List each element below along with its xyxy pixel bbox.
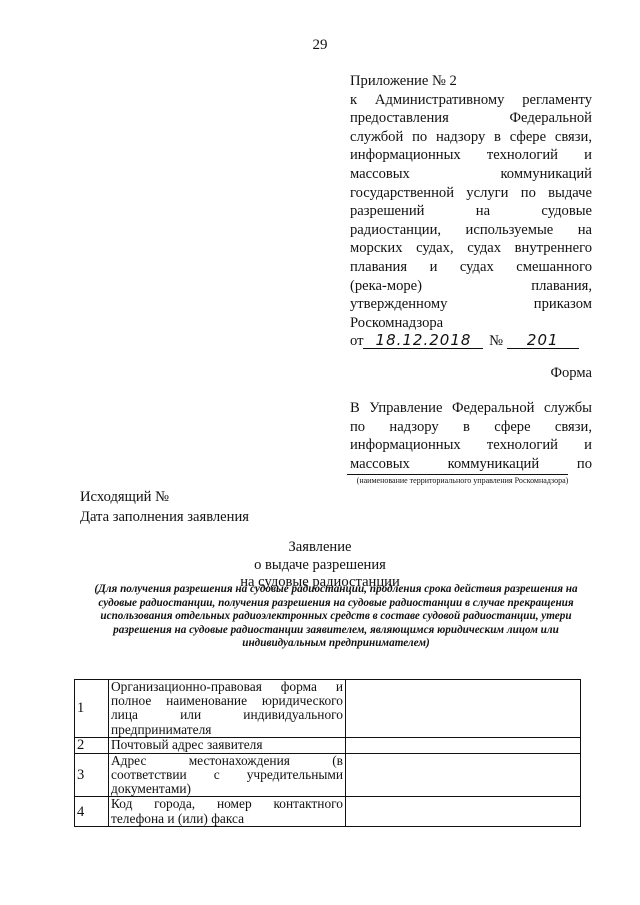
order-number: 201 xyxy=(507,332,579,349)
appendix-line: к Административному регламенту xyxy=(350,91,592,110)
addressee-line: по надзору в сфере связи, xyxy=(350,418,592,437)
appendix-line: массовых коммуникаций xyxy=(350,165,592,184)
appendix-line: государственной услуги по выдаче xyxy=(350,184,592,203)
addressee-line: В Управление Федеральной службы xyxy=(350,399,592,418)
row-value-field[interactable] xyxy=(346,753,581,797)
row-number: 1 xyxy=(75,680,109,738)
addressee-line: массовых коммуникаций по xyxy=(350,455,592,474)
table-row: 2 Почтовый адрес заявителя xyxy=(75,737,581,753)
outgoing-number-label: Исходящий № xyxy=(80,487,249,507)
outgoing-block: Исходящий № Дата заполнения заявления xyxy=(80,487,249,527)
date-prefix: от xyxy=(350,333,363,349)
appendix-line: информационных технологий и xyxy=(350,146,592,165)
row-number: 4 xyxy=(75,797,109,826)
appendix-line: (река-море) плавания, xyxy=(350,277,592,296)
appendix-line: службой по надзору в сфере связи, xyxy=(350,128,592,147)
application-form-table: 1 Организационно-правовая форма и полное… xyxy=(74,679,581,827)
appendix-line: предоставления Федеральной xyxy=(350,109,592,128)
title-line: Заявление xyxy=(0,539,640,557)
addressee-fill-line xyxy=(347,474,568,475)
appendix-line: разрешений на судовые xyxy=(350,202,592,221)
addressee-block: В Управление Федеральной службы по надзо… xyxy=(350,399,592,473)
appendix-line: утвержденному приказом xyxy=(350,295,592,314)
appendix-line: радиостанции, используемые на xyxy=(350,221,592,240)
row-label: Код города, номер контактного телефона и… xyxy=(109,797,346,826)
appendix-line: Приложение № 2 xyxy=(350,72,592,91)
table-row: 4 Код города, номер контактного телефона… xyxy=(75,797,581,826)
fill-date-label: Дата заполнения заявления xyxy=(80,507,249,527)
row-number: 2 xyxy=(75,737,109,753)
appendix-line: морских судах, судах внутреннего xyxy=(350,239,592,258)
addressee-line: информационных технологий и xyxy=(350,436,592,455)
row-label: Почтовый адрес заявителя xyxy=(109,737,346,753)
page-number: 29 xyxy=(0,37,640,54)
number-prefix: № xyxy=(489,333,503,349)
addressee-caption: (наименование территориального управлени… xyxy=(340,476,585,485)
form-label: Форма xyxy=(350,365,592,382)
appendix-header: Приложение № 2 к Административному регла… xyxy=(350,72,592,351)
row-label: Организационно-правовая форма и полное н… xyxy=(109,680,346,738)
title-line: о выдаче разрешения xyxy=(0,557,640,575)
row-label: Адрес местонахождения (в соответствии с … xyxy=(109,753,346,797)
order-date: 18.12.2018 xyxy=(363,332,483,349)
table-row: 3 Адрес местонахождения (в соответствии … xyxy=(75,753,581,797)
row-value-field[interactable] xyxy=(346,797,581,826)
order-date-number: от18.12.2018 № 201 xyxy=(350,332,592,351)
table-row: 1 Организационно-правовая форма и полное… xyxy=(75,680,581,738)
appendix-line: плавания и судах смешанного xyxy=(350,258,592,277)
appendix-line: Роскомнадзора xyxy=(350,314,592,333)
row-number: 3 xyxy=(75,753,109,797)
application-subtitle: (Для получения разрешения на судовые рад… xyxy=(76,583,596,651)
row-value-field[interactable] xyxy=(346,737,581,753)
row-value-field[interactable] xyxy=(346,680,581,738)
